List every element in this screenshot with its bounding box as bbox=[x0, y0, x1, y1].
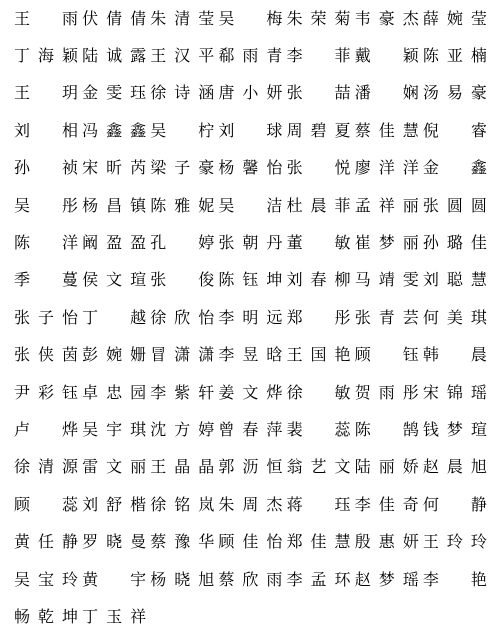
name-roster: 王雨伏倩倩朱清莹吴梅朱荣菊韦豪杰薛婉莹丁海颖陆诚露王汉平郗雨青李菲戴颖陈亚楠王玥… bbox=[0, 0, 501, 637]
name-item: 王国艳 bbox=[287, 347, 351, 363]
name-item: 杨馨怡 bbox=[218, 160, 282, 176]
name-item: 唐小妍 bbox=[218, 85, 282, 101]
name-item: 张侠茵 bbox=[14, 347, 78, 363]
name-item: 潘娴 bbox=[355, 85, 419, 101]
name-item: 钱梦瑄 bbox=[423, 422, 487, 438]
name-item: 阚盈盈 bbox=[82, 235, 146, 251]
name-item: 张圆圆 bbox=[423, 198, 487, 214]
name-item: 刘舒楷 bbox=[82, 497, 146, 513]
name-item: 梁子豪 bbox=[150, 160, 214, 176]
name-item: 陆诚露 bbox=[82, 48, 146, 64]
name-item: 宋锦瑶 bbox=[423, 385, 487, 401]
name-item: 吴彤 bbox=[14, 198, 78, 214]
name-item: 薛婉莹 bbox=[423, 11, 487, 27]
name-item: 顾钰 bbox=[355, 347, 419, 363]
name-item: 李明远 bbox=[218, 310, 282, 326]
name-item: 吴梅 bbox=[218, 11, 282, 27]
name-item: 侯文瑄 bbox=[82, 272, 146, 288]
name-item: 刘聪慧 bbox=[423, 272, 487, 288]
name-item: 陈雅妮 bbox=[150, 198, 214, 214]
name-item: 马靖雯 bbox=[355, 272, 419, 288]
name-item: 赵梦瑶 bbox=[355, 572, 419, 588]
name-item: 冯鑫鑫 bbox=[82, 123, 146, 139]
name-item: 陆丽娇 bbox=[355, 459, 419, 475]
name-item: 韦豪杰 bbox=[355, 11, 419, 27]
name-item: 李紫轩 bbox=[150, 385, 214, 401]
name-item: 金鑫 bbox=[423, 160, 487, 176]
name-item: 吴宇琪 bbox=[82, 422, 146, 438]
name-item: 赵晨旭 bbox=[423, 459, 487, 475]
name-item: 董敏 bbox=[287, 235, 351, 251]
name-item: 季蔓 bbox=[14, 272, 78, 288]
name-item: 李艳 bbox=[423, 572, 487, 588]
name-item: 冒潇潇 bbox=[150, 347, 214, 363]
name-item: 朱荣菊 bbox=[287, 11, 351, 27]
name-item: 徐铭岚 bbox=[150, 497, 214, 513]
name-item: 汤易豪 bbox=[423, 85, 487, 101]
name-item: 卓忠园 bbox=[82, 385, 146, 401]
name-item: 王晶晶 bbox=[150, 459, 214, 475]
name-item: 张子怡 bbox=[14, 310, 78, 326]
name-item: 王汉平 bbox=[150, 48, 214, 64]
name-item: 曾春萍 bbox=[218, 422, 282, 438]
name-item: 戴颖 bbox=[355, 48, 419, 64]
name-item: 张悦 bbox=[287, 160, 351, 176]
name-item: 朱周杰 bbox=[218, 497, 282, 513]
name-item: 孙璐佳 bbox=[423, 235, 487, 251]
name-item: 杜晨菲 bbox=[287, 198, 351, 214]
name-item: 郑佳慧 bbox=[287, 534, 351, 550]
name-item: 刘球 bbox=[218, 123, 282, 139]
name-item: 尹彩钰 bbox=[14, 385, 78, 401]
name-item: 李菲 bbox=[287, 48, 351, 64]
name-item: 翁艺文 bbox=[287, 459, 351, 475]
name-item: 张俊 bbox=[150, 272, 214, 288]
name-item: 张喆 bbox=[287, 85, 351, 101]
name-item: 黄宇 bbox=[82, 572, 146, 588]
name-item: 刘春柳 bbox=[287, 272, 351, 288]
name-item: 丁越 bbox=[82, 310, 146, 326]
name-item: 何静 bbox=[423, 497, 487, 513]
name-item: 顾蕊 bbox=[14, 497, 78, 513]
name-item: 陈洋 bbox=[14, 235, 78, 251]
name-item: 丁玉祥 bbox=[82, 609, 146, 625]
name-item: 杨晓旭 bbox=[150, 572, 214, 588]
name-item: 韩晨 bbox=[423, 347, 487, 363]
name-item: 崔梦丽 bbox=[355, 235, 419, 251]
name-item: 张朝丹 bbox=[218, 235, 282, 251]
name-item: 丁海颖 bbox=[14, 48, 78, 64]
name-item: 蔡豫华 bbox=[150, 534, 214, 550]
name-item: 李佳奇 bbox=[355, 497, 419, 513]
name-item: 周碧夏 bbox=[287, 123, 351, 139]
name-item: 徐诗涵 bbox=[150, 85, 214, 101]
name-item: 卢烨 bbox=[14, 422, 78, 438]
name-item: 吴柠 bbox=[150, 123, 214, 139]
name-item: 朱清莹 bbox=[150, 11, 214, 27]
name-item: 吴宝玲 bbox=[14, 572, 78, 588]
name-item: 徐敏 bbox=[287, 385, 351, 401]
name-item: 郭沥恒 bbox=[218, 459, 282, 475]
name-item: 王玥 bbox=[14, 85, 78, 101]
name-item: 雷文丽 bbox=[82, 459, 146, 475]
name-item: 王玲玲 bbox=[423, 534, 487, 550]
name-item: 陈鹄 bbox=[355, 422, 419, 438]
name-item: 伏倩倩 bbox=[82, 11, 146, 27]
name-item: 蒋珏 bbox=[287, 497, 351, 513]
name-item: 郗雨青 bbox=[218, 48, 282, 64]
name-item: 蔡欣雨 bbox=[218, 572, 282, 588]
name-item: 吴洁 bbox=[218, 198, 282, 214]
name-item: 李孟环 bbox=[287, 572, 351, 588]
name-item: 廖洋洋 bbox=[355, 160, 419, 176]
name-item: 顾佳怡 bbox=[218, 534, 282, 550]
name-item: 王雨 bbox=[14, 11, 78, 27]
name-item: 张青芸 bbox=[355, 310, 419, 326]
name-item: 郑彤 bbox=[287, 310, 351, 326]
name-item: 蔡佳慧 bbox=[355, 123, 419, 139]
name-item: 宋昕芮 bbox=[82, 160, 146, 176]
name-item: 孔婷 bbox=[150, 235, 214, 251]
name-item: 孟祥丽 bbox=[355, 198, 419, 214]
name-item: 罗晓曼 bbox=[82, 534, 146, 550]
name-item: 何美琪 bbox=[423, 310, 487, 326]
name-item: 徐欣怡 bbox=[150, 310, 214, 326]
name-item: 殷惠妍 bbox=[355, 534, 419, 550]
name-item: 徐清源 bbox=[14, 459, 78, 475]
name-item: 沈方婷 bbox=[150, 422, 214, 438]
name-item: 杨昌镇 bbox=[82, 198, 146, 214]
name-item: 黄任静 bbox=[14, 534, 78, 550]
name-item: 倪睿 bbox=[423, 123, 487, 139]
name-item: 彭婉姗 bbox=[82, 347, 146, 363]
name-item: 陈亚楠 bbox=[423, 48, 487, 64]
name-item: 刘相 bbox=[14, 123, 78, 139]
name-item: 畅乾坤 bbox=[14, 609, 78, 625]
name-item: 陈钰坤 bbox=[218, 272, 282, 288]
name-item: 贺雨彤 bbox=[355, 385, 419, 401]
name-item: 裴蕊 bbox=[287, 422, 351, 438]
name-item: 姜文烨 bbox=[218, 385, 282, 401]
name-item: 李昱晗 bbox=[218, 347, 282, 363]
name-item: 金雯珏 bbox=[82, 85, 146, 101]
name-item: 孙祯 bbox=[14, 160, 78, 176]
